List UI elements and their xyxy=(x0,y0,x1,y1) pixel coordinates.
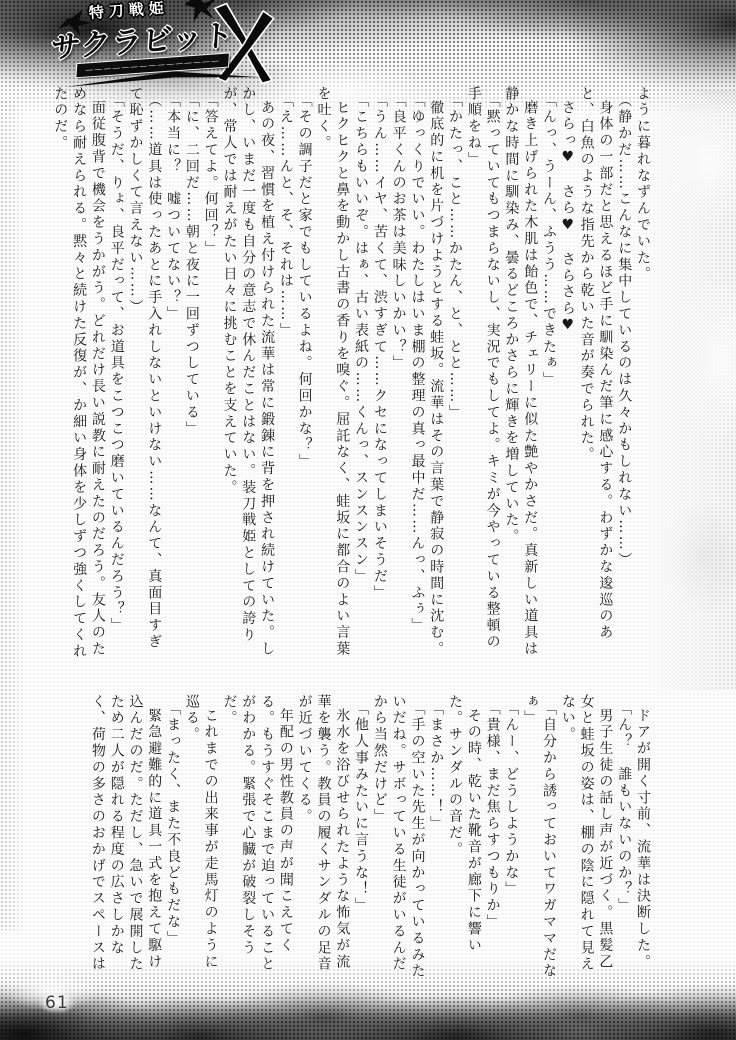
paragraph: その時、乾いた靴音が廊下に響いた。サンダルの音だ。 xyxy=(445,694,483,986)
paragraph: 「その調子だと家でもしているよね。何回かな？」 xyxy=(295,86,314,664)
paragraph: （静かだ……こんなに集中しているのは久々かもしれない……） xyxy=(614,86,633,664)
page-number: 61 xyxy=(38,992,76,1014)
series-logo: 特刀戦姫 サクラビット ——————————————— xyxy=(48,0,282,102)
paragraph: 年配の男性教員の声が聞こえてくる。もうすぐそこまで迫っていることがわかる。緊張で… xyxy=(220,694,295,986)
paragraph: 「んっ、うーん、ふうう……できたぁ」 xyxy=(539,86,558,664)
paragraph: 徹底的に机を片づけようとする蛙坂。流華はその言葉で静寂の時間に沈む。 xyxy=(426,86,445,664)
paragraph: 「他人事みたいに言うな！」 xyxy=(351,694,370,986)
paragraph: あの夜、習慣を植え付けられた流華は常に鍛錬に背を押され続けていた。しかし、いまだ… xyxy=(220,86,276,664)
novel-page: 特刀戦姫 サクラビット ——————————————— ように暮れなずんでいた。… xyxy=(0,0,736,1040)
paragraph: 「まさか……！」 xyxy=(426,694,445,986)
paragraph: ヒクヒクと鼻を動かし古書の香りを嗅ぐ。屈託なく、蛙坂に都合のよい言葉を吐く。 xyxy=(314,86,352,664)
paragraph: 「んー、どうしようかな」 xyxy=(502,694,521,986)
paragraph: 「ん？ 誰もいないのか？」 xyxy=(614,694,633,986)
paragraph: ドアが開く寸前、流華は決断した。 xyxy=(633,694,652,986)
paragraph: 「まったく、また不良どもだな」 xyxy=(163,694,182,986)
paragraph: 「黙っていてもつまらないし、実況でもしてよ。キミが今やっている整頓の手順をね」 xyxy=(464,86,502,664)
paragraph: ように暮れなずんでいた。 xyxy=(633,86,652,664)
paragraph: さらっ♥ さら♥ さらさら♥ xyxy=(558,86,577,664)
halftone-noise-right-margin xyxy=(646,90,736,690)
paragraph: 男子生徒の話し声が近づく。黒髪乙女と蛙坂の姿は、棚の陰に隠れて見えない。 xyxy=(558,694,614,986)
paragraph: 「かたっ、こと……かたん、と、とと……」 xyxy=(445,86,464,664)
novel-text-lower-band: ドアが開く寸前、流華は決断した。 「ん？ 誰もいないのか？」 男子生徒の話し声が… xyxy=(20,694,652,986)
paragraph: 「え……んと、そ、それは……」 xyxy=(276,86,295,664)
paragraph: 面従腹背で機会をうかがう。どれだけ長い説教に耐えたのだろう。友人のためなら耐えら… xyxy=(51,86,107,664)
paragraph: 「自分から誘っておいてワガママだなぁ」 xyxy=(520,694,558,986)
paragraph: 「貴様、まだ焦らすつもりか」 xyxy=(483,694,502,986)
paragraph: 「こちらもいいぞ。はぁ、古い表紙の……くんっ、スンスンスン」 xyxy=(351,86,370,664)
paragraph: 緊急避難的に道具一式を抱えて駆け込んだのだ。ただし、急いで展開したため二人が隠れ… xyxy=(88,694,163,986)
paragraph: 「本当に？ 嘘ついてない？」 xyxy=(163,86,182,664)
paragraph: 身体の一部だと思えるほど手に馴染んだ筆に感心する。わずかな逡巡のあと、白魚のよう… xyxy=(577,86,615,664)
paragraph: 「答えてよ。何回？」 xyxy=(201,86,220,664)
paragraph: 氷水を浴びせられたような怖気が流華を襲う。教員の履くサンダルの足音が近づいてくる… xyxy=(295,694,351,986)
paragraph: 「ゆっくりでいい。わたしはいま棚の整理の真っ最中だ……んっ、ふぅ」 xyxy=(408,86,427,664)
paragraph: （……道具は使ったあとに手入れしないといけない……なんて、真面目すぎて恥ずかしく… xyxy=(126,86,164,664)
paragraph: 磨き上げられた木肌は飴色で、チェリーに似た艶やかさだ。真新しい道具は静かな時間に… xyxy=(502,86,540,664)
paragraph: これまでの出来事が走馬灯のように巡る。 xyxy=(182,694,220,986)
paragraph: 「手の空いた先生が向かっているみたいだね。サボっている生徒がいるんだから当然だけ… xyxy=(370,694,426,986)
paragraph: 「そうだ、りょ、良平だって、お道具をこつこつ磨いているんだろう？」 xyxy=(107,86,126,664)
paragraph: 「良平くんのお茶は美味しいかい？」 xyxy=(389,86,408,664)
novel-text-upper-band: ように暮れなずんでいた。 （静かだ……こんなに集中しているのは久々かもしれない…… xyxy=(20,86,652,664)
paragraph: 「に、二回だ……朝と夜に一回ずつしている」 xyxy=(182,86,201,664)
paragraph: 「うん……イヤ、苦くて、渋すぎて……クセになってしまいそうだ」 xyxy=(370,86,389,664)
